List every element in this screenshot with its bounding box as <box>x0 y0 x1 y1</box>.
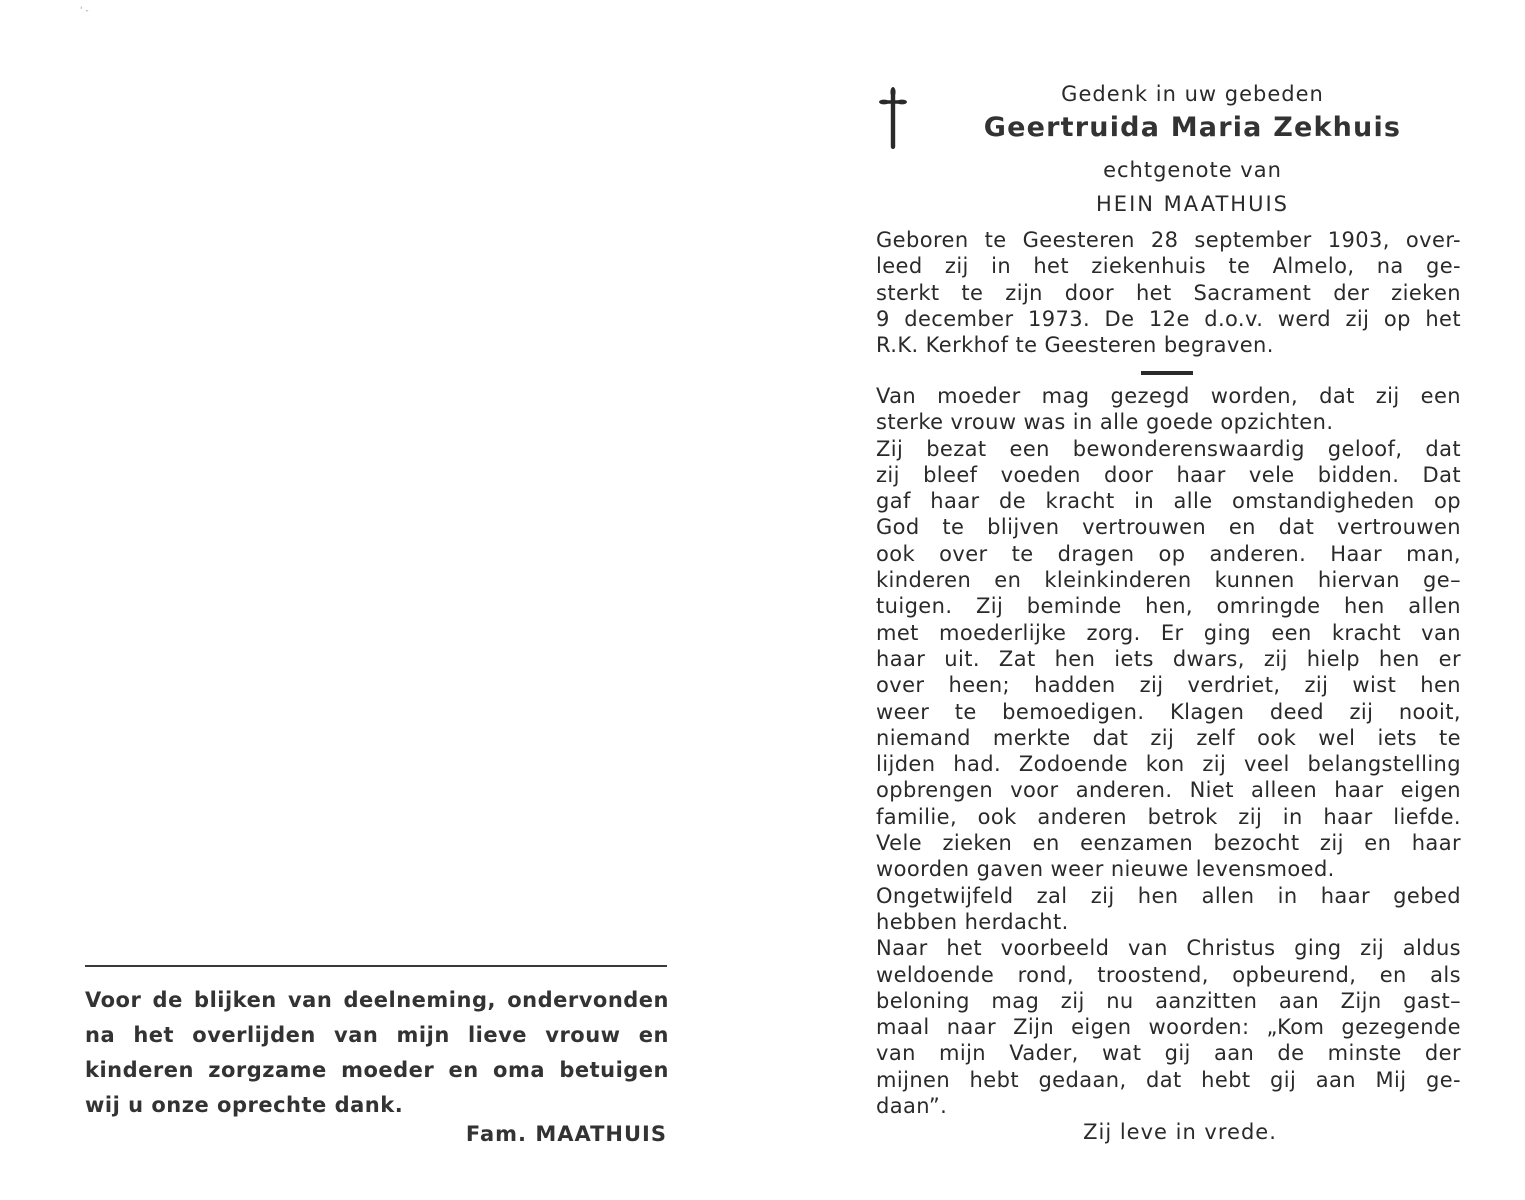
tribute-line: woorden gaven weer nieuwe levensmoed. <box>876 856 1461 882</box>
tribute-line: Vele zieken en eenzamen bezocht zij en h… <box>876 830 1461 856</box>
bio-line: 9 december 1973. De 12e d.o.v. werd zij … <box>876 306 1461 332</box>
tribute-line: daan”. <box>876 1093 1461 1119</box>
tribute-line: opbrengen voor anderen. Niet alleen haar… <box>876 777 1461 803</box>
biography-paragraph: Geboren te Geesteren 28 september 1903, … <box>876 227 1461 358</box>
left-divider-rule <box>85 965 667 967</box>
tribute-line: beloning mag zij nu aanzitten aan Zijn g… <box>876 988 1461 1014</box>
tribute-line: haar uit. Zat hen iets dwars, zij hielp … <box>876 646 1461 672</box>
tribute-line: gaf haar de kracht in alle omstandighede… <box>876 488 1461 514</box>
tribute-line: Ongetwijfeld zal zij hen allen in haar g… <box>876 883 1461 909</box>
tribute-line: maal naar Zijn eigen woorden: „Kom gezeg… <box>876 1014 1461 1040</box>
tribute-line: ook over te dragen op anderen. Haar man, <box>876 541 1461 567</box>
scan-corner-mark: ' - <box>80 6 89 16</box>
tribute-line: Van moeder mag gezegd worden, dat zij ee… <box>876 383 1461 409</box>
tribute-line: sterke vrouw was in alle goede opzichten… <box>876 409 1461 435</box>
tribute-line: niemand merkte dat zij zelf ook wel iets… <box>876 725 1461 751</box>
tribute-line: kinderen en kleinkinderen kunnen hiervan… <box>876 567 1461 593</box>
bio-line: Geboren te Geesteren 28 september 1903, … <box>876 227 1461 253</box>
tribute-line: hebben herdacht. <box>876 909 1461 935</box>
tribute-line: met moederlijke zorg. Er ging een kracht… <box>876 620 1461 646</box>
bio-line: R.K. Kerkhof te Geesteren begraven. <box>876 332 1461 358</box>
section-divider <box>1141 371 1193 375</box>
bio-line: leed zij in het ziekenhuis te Almelo, na… <box>876 253 1461 279</box>
thanks-line: kinderen zorgzame moeder en oma betuigen <box>85 1053 669 1088</box>
tribute-line: Naar het voorbeeld van Christus ging zij… <box>876 935 1461 961</box>
spouse-name: HEIN MAATHUIS <box>870 192 1470 216</box>
prayer-request: Gedenk in uw gebeden <box>870 82 1470 106</box>
tribute-line: Zij bezat een bewonderenswaardig geloof,… <box>876 436 1461 462</box>
bio-line: sterkt te zijn door het Sacrament der zi… <box>876 280 1461 306</box>
tribute-line: tuigen. Zij beminde hen, omringde hen al… <box>876 593 1461 619</box>
closing-blessing: Zij leve in vrede. <box>870 1120 1470 1144</box>
thanks-line: wij u onze oprechte dank. <box>85 1088 669 1123</box>
tribute-line: mijnen hebt gedaan, dat hebt gij aan Mij… <box>876 1067 1461 1093</box>
tribute-line: lijden had. Zodoende kon zij veel belang… <box>876 751 1461 777</box>
thanks-line: na het overlijden van mijn lieve vrouw e… <box>85 1018 669 1053</box>
tribute-line: familie, ook anderen betrok zij in haar … <box>876 804 1461 830</box>
thanks-message: Voor de blijken van deelneming, ondervon… <box>85 983 669 1123</box>
tribute-line: weldoende rond, troostend, opbeurend, en… <box>876 962 1461 988</box>
tribute-line: weer te bemoedigen. Klagen deed zij nooi… <box>876 699 1461 725</box>
tribute-line: over heen; hadden zij verdriet, zij wist… <box>876 672 1461 698</box>
tribute-line: zij bleef voeden door haar vele bidden. … <box>876 462 1461 488</box>
tribute-line: van mijn Vader, wat gij aan de minste de… <box>876 1040 1461 1066</box>
family-signature: Fam. MAATHUIS <box>466 1122 667 1146</box>
tribute-line: God te blijven vertrouwen en dat vertrou… <box>876 514 1461 540</box>
relation-label: echtgenote van <box>870 158 1470 182</box>
thanks-line: Voor de blijken van deelneming, ondervon… <box>85 983 669 1018</box>
deceased-name: Geertruida Maria Zekhuis <box>870 112 1470 143</box>
tribute-paragraph: Van moeder mag gezegd worden, dat zij ee… <box>876 383 1461 1119</box>
